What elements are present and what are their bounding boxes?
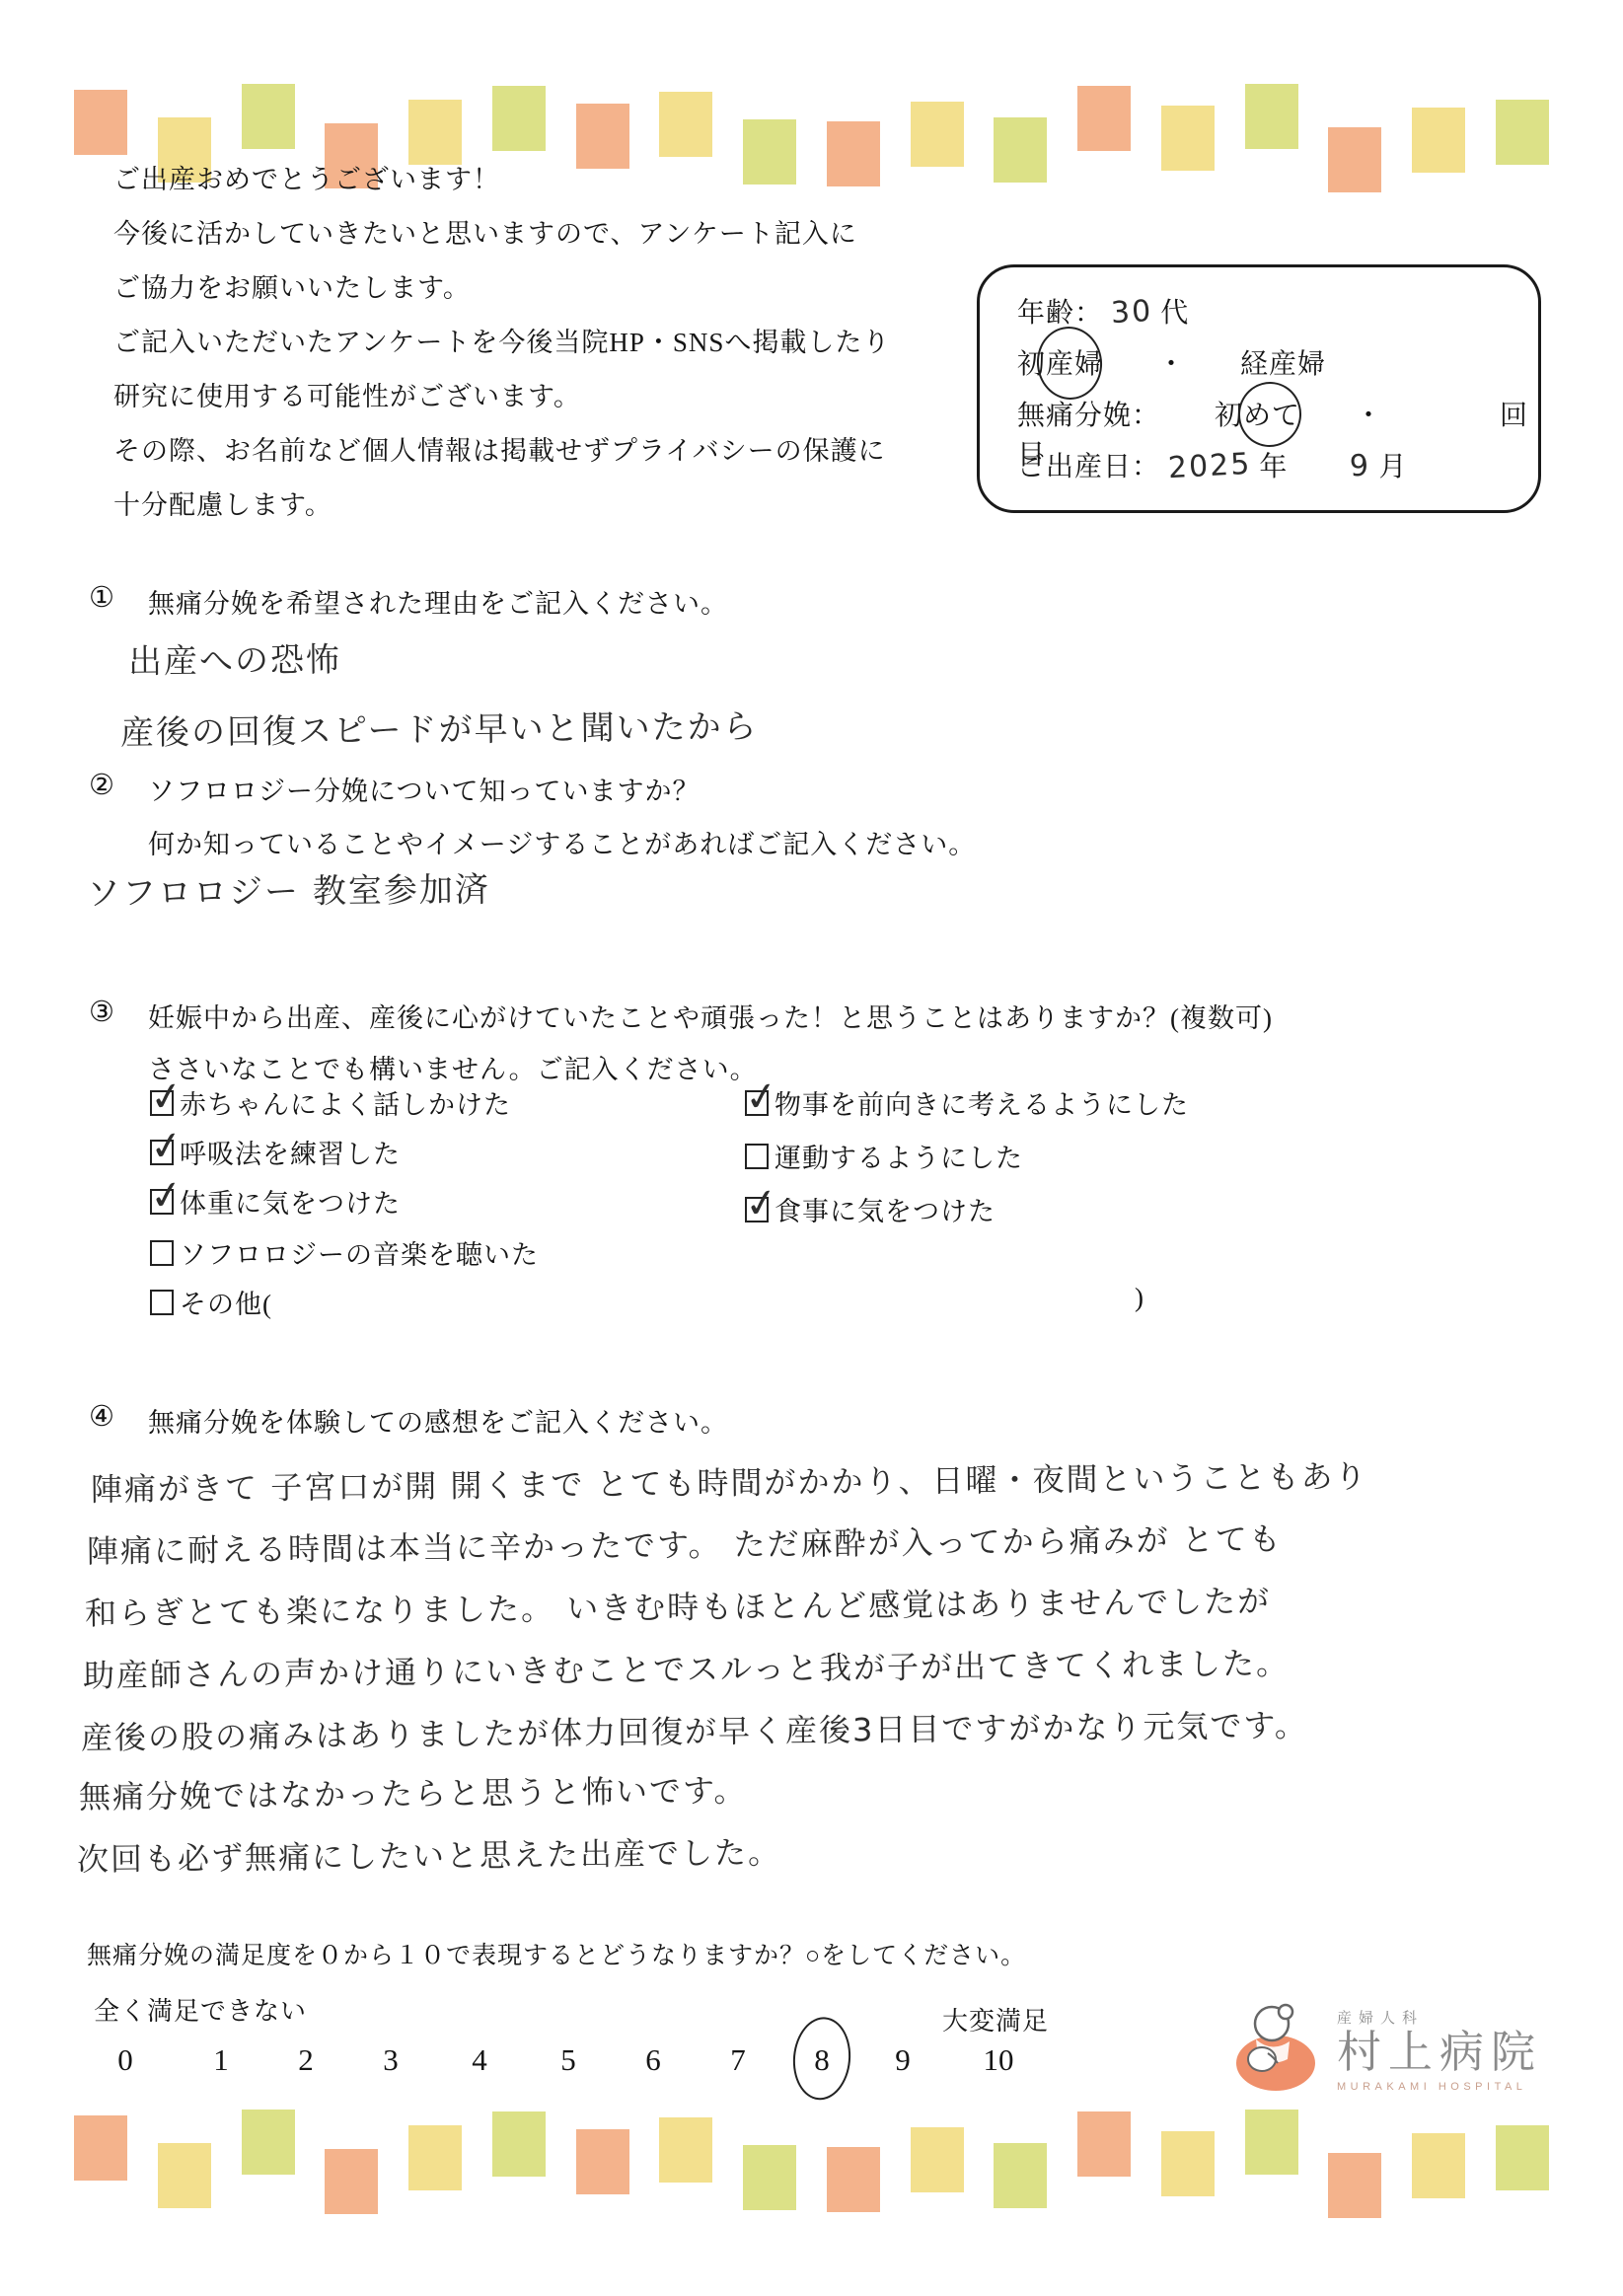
age-suffix: 代 [1160, 298, 1189, 329]
handwritten-answer-line: 陣痛がきて 子宮口が開 開くまで とても時間がかかり、日曜・夜間ということもあり [91, 1451, 1368, 1511]
question-number: ④ [89, 1399, 114, 1434]
decorative-square [1328, 2153, 1381, 2218]
age-row: 年齢：30代 [1017, 291, 1538, 342]
checkbox-icon [150, 1240, 174, 1266]
scale-number: 2 [274, 2042, 337, 2078]
decorative-square [74, 90, 127, 155]
decorative-square [743, 2145, 796, 2210]
logo-text: 産婦人科 村上病院 MURAKAMI HOSPITAL [1337, 2007, 1542, 2093]
question-number: ① [89, 580, 114, 615]
dot-separator: ・ [1157, 349, 1186, 380]
question-number: ③ [89, 995, 114, 1029]
option-label: 赤ちゃんによく話しかけた [180, 1083, 511, 1122]
checkbox-icon [150, 1090, 174, 1116]
decorative-square [994, 2143, 1047, 2208]
handwritten-answer: ソフロロジー 教室参加済 [87, 862, 490, 915]
checkbox-option: ソフロロジーの音楽を聴いた [150, 1233, 539, 1272]
handwritten-answer-line: 無痛分娩ではなかったらと思うと怖いです。 [79, 1765, 748, 1817]
checkbox-option: 体重に気をつけた [150, 1182, 401, 1221]
painless-count-row: 無痛分娩：初めて・回目 [1017, 394, 1538, 445]
birth-label: ご出産日： [1017, 452, 1160, 482]
checkbox-icon [150, 1290, 174, 1315]
dot-separator: ・ [1355, 401, 1383, 431]
scale-number: 6 [622, 2042, 685, 2078]
decorative-square [1245, 2110, 1298, 2175]
decorative-square [1496, 100, 1549, 165]
option-label: 物事を前向きに考えるようにした [775, 1083, 1189, 1122]
painless-first-time: 初めて [1215, 401, 1300, 431]
question-title: 無痛分娩を希望された理由をご記入ください。 [148, 582, 728, 621]
logo-romaji: MURAKAMI HOSPITAL [1337, 2081, 1542, 2093]
scale-number: 8 [790, 2042, 853, 2078]
decorative-square [325, 2149, 378, 2214]
scale-number: 5 [537, 2042, 600, 2078]
option-label: 呼吸法を練習した [180, 1133, 401, 1171]
checkbox-option: 食事に気をつけた [745, 1190, 996, 1228]
checkbox-option: 呼吸法を練習した [150, 1133, 401, 1171]
decorative-square [242, 2110, 295, 2175]
month-suffix: 月 [1378, 452, 1407, 482]
decorative-square [1412, 2133, 1465, 2198]
option-label: 運動するようにした [775, 1137, 1023, 1175]
decorative-square [1161, 106, 1215, 171]
scale-number: 3 [359, 2042, 422, 2078]
handwritten-answer-line: 産後の股の痛みはありましたが体力回復が早く産後3日目ですがかなり元気です。 [81, 1700, 1308, 1758]
decorative-square [408, 100, 462, 165]
birth-date-row: ご出産日：2025年9月 [1017, 445, 1538, 496]
hospital-logo: 産婦人科 村上病院 MURAKAMI HOSPITAL [1228, 1995, 1554, 2104]
decorative-square [1161, 2131, 1215, 2196]
intro-text: ご出産おめでとうございます！ 今後に活かしていきたいと思いますので、アンケート記… [113, 158, 962, 538]
scale-number: 4 [448, 2042, 511, 2078]
decorative-square [911, 2127, 964, 2192]
decorative-square [1496, 2125, 1549, 2190]
scale-question: 無痛分娩の満足度を０から１０で表現するとどうなりますか？○をしてください。 [87, 1936, 1026, 1971]
handwritten-answer-line: 陣痛に耐える時間は本当に辛かったです。 ただ麻酔が入ってから痛みが とても [87, 1515, 1283, 1573]
handwritten-answer: 出産への恐怖 [128, 632, 342, 683]
scale-number: 0 [94, 2042, 157, 2078]
checkbox-option: その他( [150, 1283, 272, 1321]
checkbox-option: 運動するようにした [745, 1137, 1023, 1175]
decorative-square [1245, 84, 1298, 149]
decorative-square [1412, 108, 1465, 173]
intro-line: その際、お名前など個人情報は掲載せずプライバシーの保護に [113, 429, 962, 483]
checkbox-icon [745, 1197, 769, 1222]
intro-line: ご出産おめでとうございます！ [113, 158, 962, 212]
checkbox-icon [745, 1144, 769, 1169]
logo-mark-icon [1228, 2002, 1327, 2097]
checkbox-option: 赤ちゃんによく話しかけた [150, 1083, 511, 1122]
handwritten-answer-line: 和らぎとても楽になりました。 いきむ時もほとんど感覚はありませんでしたが [85, 1577, 1272, 1635]
intro-line: 十分配慮します。 [113, 483, 962, 538]
intro-line: 研究に使用する可能性がございます。 [113, 375, 962, 429]
scale-number: 1 [189, 2042, 253, 2078]
decorative-square [994, 117, 1047, 183]
scale-min-label: 全く満足できない [94, 1991, 307, 2028]
decorative-square [1328, 127, 1381, 192]
checkbox-icon [745, 1090, 769, 1116]
decorative-square [659, 2117, 712, 2183]
patient-info-box: 年齢：30代 初産婦・経産婦 無痛分娩：初めて・回目 ご出産日：2025年9月 [977, 264, 1541, 513]
scale-numbers: 0 1 2 3 4 5 6 7 8 9 10 [94, 2025, 1061, 2113]
checkbox-option: 物事を前向きに考えるようにした [745, 1083, 1189, 1122]
option-label: ソフロロジーの音楽を聴いた [180, 1233, 539, 1272]
question-title: ソフロロジー分娩について知っていますか？ [148, 770, 700, 808]
checkbox-icon [150, 1189, 174, 1215]
parity-row: 初産婦・経産婦 [1017, 342, 1538, 394]
birth-month-handwritten: 9 [1342, 448, 1380, 484]
decorative-square [827, 2147, 880, 2212]
question-subtitle: ささいなことでも構いません。ご記入ください。 [148, 1048, 758, 1086]
handwritten-answer-line: 次回も必ず無痛にしたいと思えた出産でした。 [77, 1827, 781, 1880]
logo-name: 村上病院 [1337, 2028, 1542, 2077]
intro-line: ご記入いただいたアンケートを今後当院HP・SNSへ掲載したり [113, 321, 962, 375]
year-suffix: 年 [1259, 452, 1288, 482]
question-title: 妊娠中から出産、産後に心がけていたことや頑張った！と思うことはありますか？(複数… [148, 997, 1273, 1035]
birth-year-handwritten: 2025 [1159, 446, 1260, 485]
handwritten-answer: 産後の回復スピードが早いと聞いたから [120, 700, 759, 755]
decorative-square [1077, 2111, 1131, 2177]
question-number: ② [89, 768, 114, 802]
scale-number: 10 [967, 2042, 1030, 2078]
decorative-square [242, 84, 295, 149]
decorative-square [659, 92, 712, 157]
option-label: 食事に気をつけた [775, 1190, 996, 1228]
decorative-border-bottom [74, 2110, 1549, 2228]
decorative-square [492, 86, 546, 151]
parity-primipara: 初産婦 [1017, 349, 1103, 380]
questionnaire-page: ご出産おめでとうございます！ 今後に活かしていきたいと思いますので、アンケート記… [0, 0, 1623, 2296]
decorative-square [408, 2125, 462, 2190]
decorative-square [1077, 86, 1131, 151]
logo-department: 産婦人科 [1337, 2007, 1542, 2028]
intro-line: ご協力をお願いいたします。 [113, 266, 962, 321]
question-title: 無痛分娩を体験しての感想をご記入ください。 [148, 1401, 728, 1440]
question-subtitle: 何か知っていることやイメージすることがあればご記入ください。 [148, 823, 976, 861]
option-label: 体重に気をつけた [180, 1182, 401, 1221]
scale-number: 7 [706, 2042, 770, 2078]
option-label: その他( [180, 1283, 272, 1321]
intro-line: 今後に活かしていきたいと思いますので、アンケート記入に [113, 212, 962, 266]
close-paren: ) [1135, 1283, 1144, 1313]
decorative-square [492, 2111, 546, 2177]
decorative-square [158, 2143, 211, 2208]
checkbox-icon [150, 1140, 174, 1165]
decorative-square [74, 2115, 127, 2181]
age-value-handwritten: 30 [1102, 294, 1161, 332]
age-label: 年齢： [1017, 298, 1103, 329]
scale-number: 9 [871, 2042, 934, 2078]
decorative-square [576, 2129, 629, 2194]
painless-label: 無痛分娩： [1017, 401, 1160, 431]
handwritten-answer-line: 助産師さんの声かけ通りにいきむことでスルっと我が子が出てきてくれました。 [83, 1639, 1290, 1697]
parity-multipara: 経産婦 [1240, 349, 1326, 380]
